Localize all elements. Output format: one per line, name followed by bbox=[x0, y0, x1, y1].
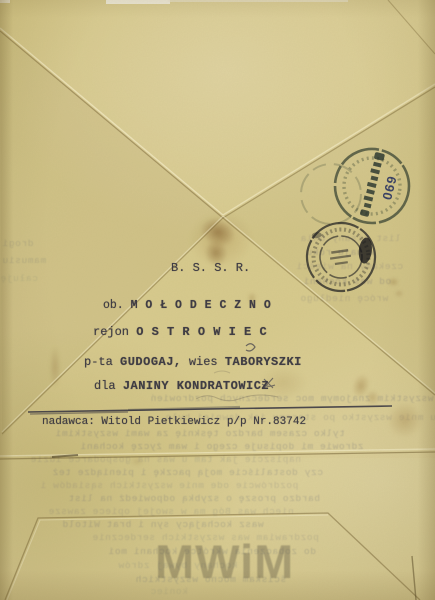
envelope-photo: drogi mamusiu całuję list pisany dnia w … bbox=[0, 0, 435, 600]
paper-grain-texture bbox=[0, 0, 435, 600]
